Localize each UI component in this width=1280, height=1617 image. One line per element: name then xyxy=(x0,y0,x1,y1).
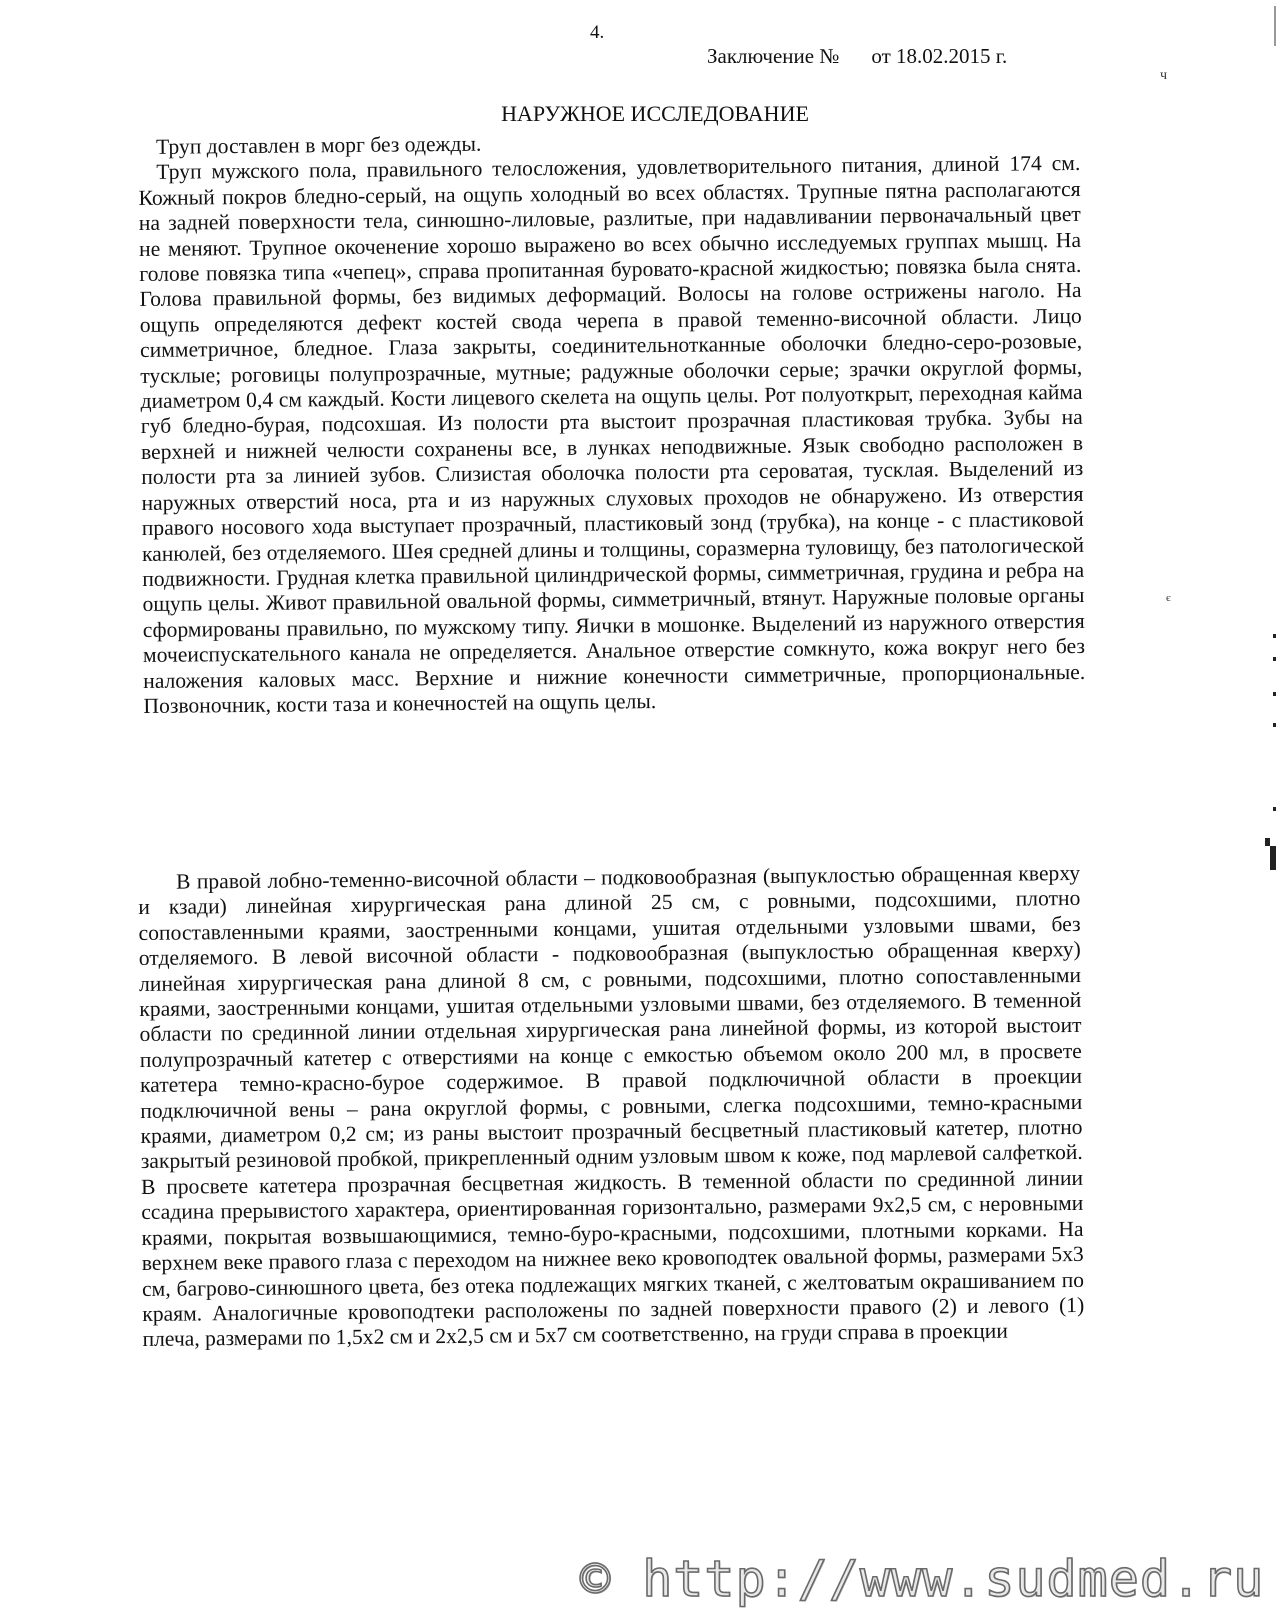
edge-dot xyxy=(1273,692,1276,696)
scan-edge-artifacts xyxy=(1273,0,1276,1617)
paragraph-external-exam: Труп мужского пола, правильного телослож… xyxy=(138,151,1085,719)
paragraph-injuries: В правой лобно-теменно-височной области … xyxy=(138,861,1085,1353)
margin-mark-top: ч xyxy=(1160,68,1167,84)
document-page: 4. Заключение №от 18.02.2015 г. ч є НАРУ… xyxy=(0,0,1280,1617)
conclusion-label: Заключение № xyxy=(707,44,839,68)
watermark: © http://www.sudmed.ru xyxy=(580,1550,1264,1608)
edge-dot xyxy=(1273,634,1276,638)
document-header: Заключение №от 18.02.2015 г. xyxy=(707,44,1007,69)
edge-dot xyxy=(1274,6,1276,46)
margin-mark-mid: є xyxy=(1166,592,1171,604)
edge-dot xyxy=(1265,838,1270,846)
edge-dot xyxy=(1273,807,1276,811)
edge-dot xyxy=(1273,723,1276,727)
section-title: НАРУЖНОЕ ИССЛЕДОВАНИЕ xyxy=(0,101,1280,127)
page-number: 4. xyxy=(590,22,604,44)
edge-dot xyxy=(1273,657,1276,661)
edge-dot xyxy=(1270,846,1276,870)
conclusion-date: от 18.02.2015 г. xyxy=(871,44,1007,68)
body-text-block-2: В правой лобно-теменно-височной области … xyxy=(138,861,1085,1353)
body-text-block-1: Труп доставлен в морг без одежды. Труп м… xyxy=(138,126,1086,719)
